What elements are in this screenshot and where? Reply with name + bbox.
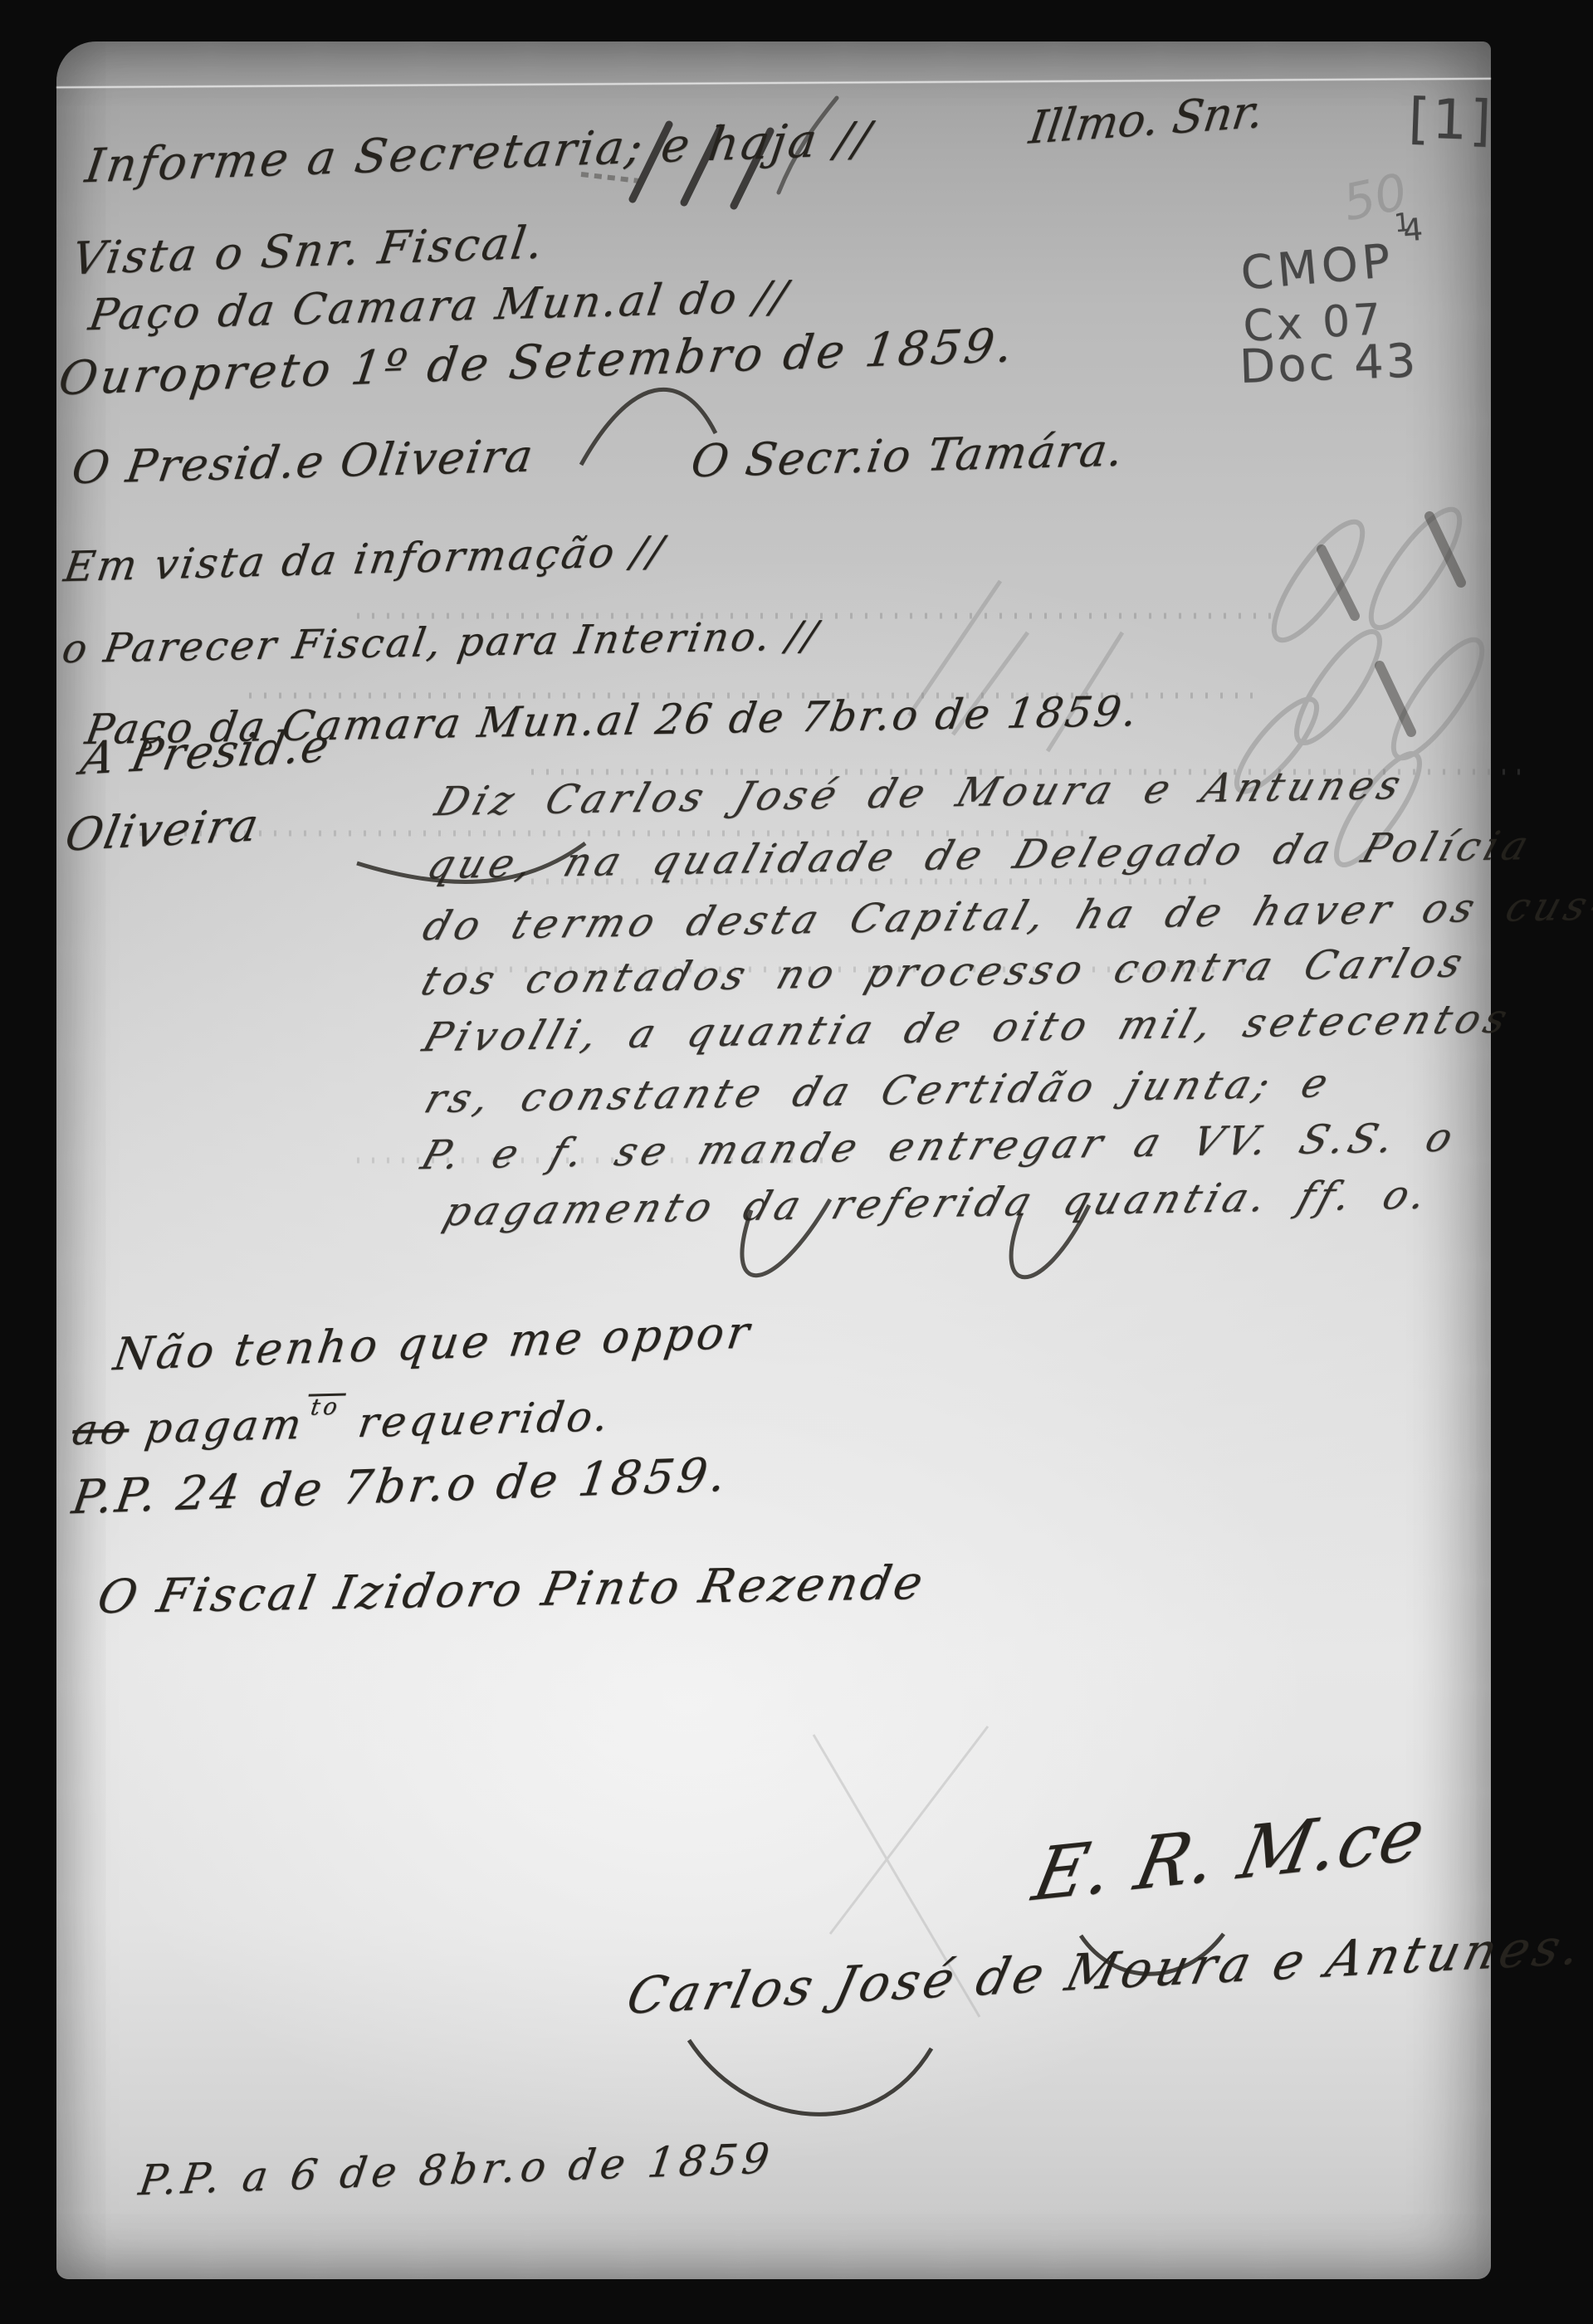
parecer-line2-prefix: pagam: [125, 1400, 308, 1453]
fond-fraction: 14: [1395, 232, 1419, 233]
archival-doc-label: Doc 43: [1239, 334, 1419, 393]
scan-backdrop: Illmo. Snr. [1] 50 CMOP14 Cx 07 Doc 43 I…: [0, 0, 1593, 2324]
parecer-line2-superscript: to: [305, 1393, 346, 1419]
struck-word: ao: [69, 1404, 133, 1454]
fond-fraction-bottom: 4: [1403, 229, 1426, 231]
page-marker: [1]: [1407, 86, 1494, 154]
parecer-line2-suffix: requerido.: [339, 1392, 615, 1448]
margem-oliveira: Oliveira: [61, 798, 265, 862]
